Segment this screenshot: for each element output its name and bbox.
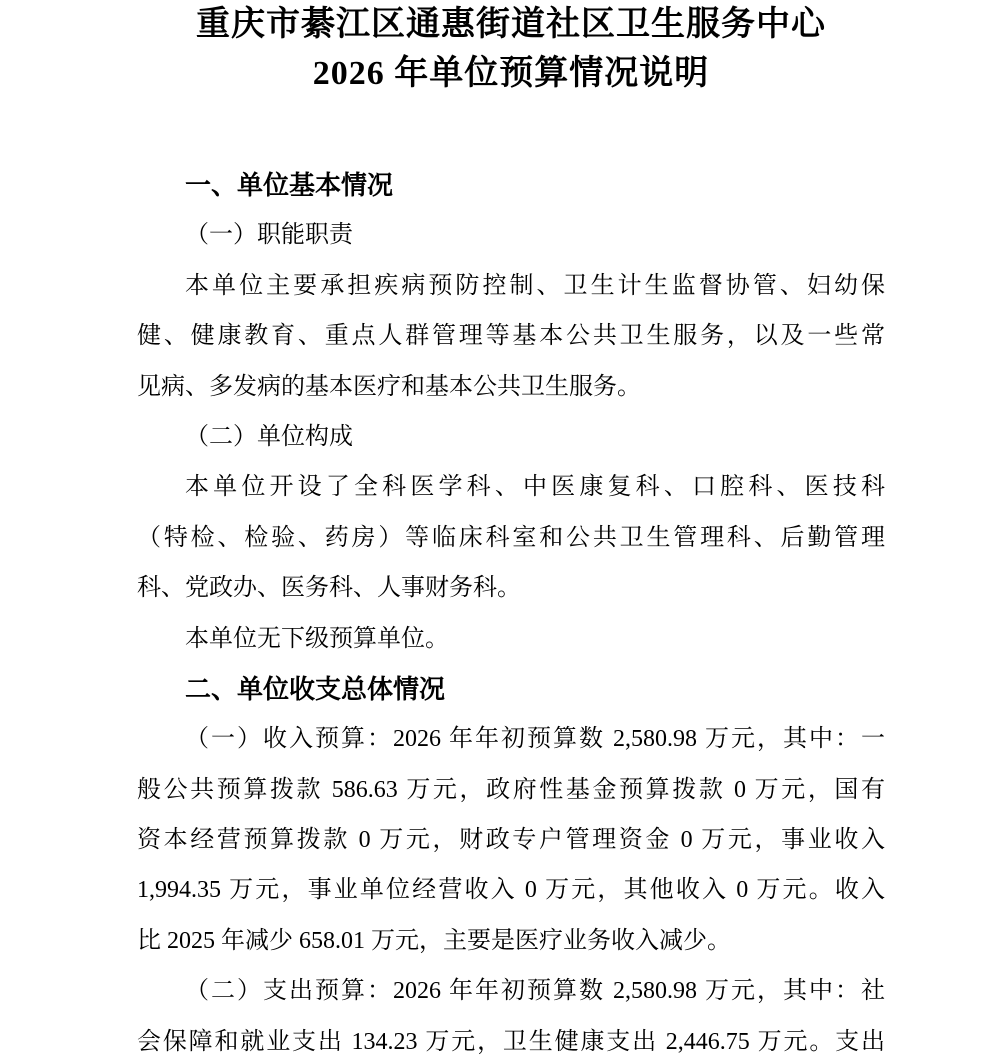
document-body: 一、单位基本情况 （一）职能职责 本单位主要承担疾病预防控制、卫生计生监督协管、…	[137, 160, 885, 1064]
title-line-1: 重庆市綦江区通惠街道社区卫生服务中心	[137, 0, 885, 49]
paragraph-line: 会保障和就业支出 134.23 万元，卫生健康支出 2,446.75 万元。支出	[137, 1017, 885, 1064]
subsection-heading-1-1: （一）职能职责	[137, 210, 885, 260]
paragraph-line: （特检、检验、药房）等临床科室和公共卫生管理科、后勤管理	[137, 513, 885, 563]
section-heading-1: 一、单位基本情况	[137, 160, 885, 210]
paragraph-line: 见病、多发病的基本医疗和基本公共卫生服务。	[137, 362, 885, 412]
document-title: 重庆市綦江区通惠街道社区卫生服务中心 2026 年单位预算情况说明	[137, 0, 885, 98]
paragraph-line: （一）收入预算：2026 年年初预算数 2,580.98 万元，其中：一	[137, 714, 885, 764]
paragraph-line: 科、党政办、医务科、人事财务科。	[137, 563, 885, 613]
paragraph-line: 健、健康教育、重点人群管理等基本公共卫生服务，以及一些常	[137, 311, 885, 361]
paragraph-line: （二）支出预算：2026 年年初预算数 2,580.98 万元，其中：社	[137, 966, 885, 1016]
paragraph-line: 般公共预算拨款 586.63 万元，政府性基金预算拨款 0 万元，国有	[137, 765, 885, 815]
paragraph-line: 本单位开设了全科医学科、中医康复科、口腔科、医技科	[137, 462, 885, 512]
document-page: 重庆市綦江区通惠街道社区卫生服务中心 2026 年单位预算情况说明 一、单位基本…	[0, 0, 1000, 1064]
title-line-2: 2026 年单位预算情况说明	[137, 49, 885, 98]
paragraph-line: 比 2025 年减少 658.01 万元，主要是医疗业务收入减少。	[137, 916, 885, 966]
section-heading-2: 二、单位收支总体情况	[137, 664, 885, 714]
paragraph-line: 资本经营预算拨款 0 万元，财政专户管理资金 0 万元，事业收入	[137, 815, 885, 865]
subsection-heading-1-2: （二）单位构成	[137, 412, 885, 462]
paragraph-line: 本单位主要承担疾病预防控制、卫生计生监督协管、妇幼保	[137, 261, 885, 311]
paragraph-line: 1,994.35 万元，事业单位经营收入 0 万元，其他收入 0 万元。收入	[137, 865, 885, 915]
paragraph-line: 本单位无下级预算单位。	[137, 614, 885, 664]
